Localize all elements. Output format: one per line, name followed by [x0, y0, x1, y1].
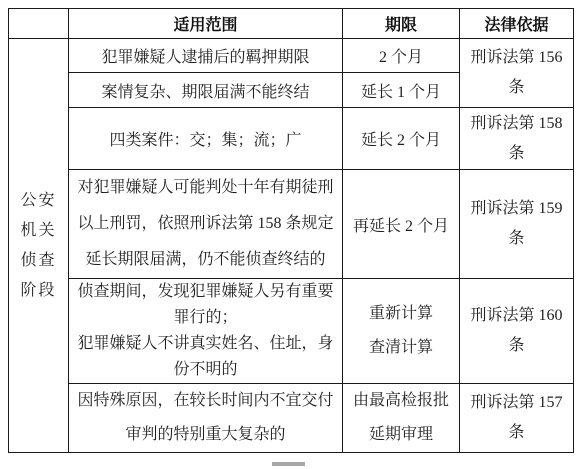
- text-line: 条: [460, 224, 573, 254]
- text-line: 条: [460, 331, 573, 361]
- stage-line: 侦查: [9, 246, 68, 276]
- text-line: 因特殊原因，在较长时间内不宜交付: [69, 384, 342, 418]
- header-scope: 适用范围: [69, 9, 343, 39]
- text-line: 重新计算: [343, 297, 459, 331]
- text-line: 犯罪嫌疑人不讲真实姓名、住址，身: [69, 331, 342, 357]
- text-line: 延长期限届满，仍不能侦查终结的: [69, 242, 342, 278]
- text-line: 审判的特别重大复杂的: [69, 418, 342, 452]
- text-line: 犯罪嫌疑人逮捕后的羁押期限: [69, 44, 342, 67]
- text-line: 刑诉法第 159: [460, 194, 573, 224]
- table-row: 对犯罪嫌疑人可能判处十年有期徒刑 以上刑罚，依照刑诉法第 158 条规定 延长期…: [9, 170, 574, 279]
- stage-line: 公安: [9, 186, 68, 216]
- stage-line: 机关: [9, 216, 68, 246]
- page: 适用范围 期限 法律依据 公安 机关 侦查 阶段 犯罪嫌疑人逮捕后的羁押期限: [0, 0, 582, 469]
- text-line: 四类案件：交；集；流；广: [69, 127, 342, 150]
- header-period-label: 期限: [343, 12, 459, 35]
- text-line: 刑诉法第 160: [460, 301, 573, 331]
- scope-cell: 犯罪嫌疑人逮捕后的羁押期限: [69, 39, 343, 73]
- table-row: 侦查期间，发现犯罪嫌疑人另有重要 罪行的； 犯罪嫌疑人不讲真实姓名、住址，身 份…: [9, 279, 574, 384]
- basis-cell: 刑诉法第 160 条: [460, 279, 574, 384]
- text-line: 刑诉法第 156: [460, 43, 573, 73]
- bottom-scroll-thumb: [272, 462, 305, 466]
- text-line: 条: [460, 73, 573, 103]
- table-row: 四类案件：交；集；流；广 延长 2 个月 刑诉法第 158 条: [9, 108, 574, 170]
- text-line: 刑诉法第 158: [460, 109, 573, 139]
- text-line: 刑诉法第 157: [460, 388, 573, 418]
- text-line: 罪行的；: [69, 305, 342, 331]
- scope-cell: 四类案件：交；集；流；广: [69, 108, 343, 170]
- header-scope-label: 适用范围: [69, 12, 342, 35]
- text-line: 对犯罪嫌疑人可能判处十年有期徒刑: [69, 170, 342, 206]
- text-line: 查清计算: [343, 331, 459, 365]
- text-line: 以上刑罚，依照刑诉法第 158 条规定: [69, 206, 342, 242]
- period-cell: 再延长 2 个月: [343, 170, 460, 279]
- basis-cell: 刑诉法第 159 条: [460, 170, 574, 279]
- text-line: 条: [460, 139, 573, 169]
- basis-cell: 刑诉法第 156 条: [460, 39, 574, 108]
- header-basis-label: 法律依据: [460, 12, 573, 35]
- table-row: 因特殊原因，在较长时间内不宜交付 审判的特别重大复杂的 由最高检报批 延期审理 …: [9, 384, 574, 453]
- table-row: 公安 机关 侦查 阶段 犯罪嫌疑人逮捕后的羁押期限 2 个月 刑诉法第 156 …: [9, 39, 574, 73]
- period-cell: 延长 1 个月: [343, 73, 460, 108]
- period-cell: 由最高检报批 延期审理: [343, 384, 460, 453]
- text-line: 2 个月: [343, 44, 459, 67]
- scope-cell: 因特殊原因，在较长时间内不宜交付 审判的特别重大复杂的: [69, 384, 343, 453]
- scope-cell: 侦查期间，发现犯罪嫌疑人另有重要 罪行的； 犯罪嫌疑人不讲真实姓名、住址，身 份…: [69, 279, 343, 384]
- table-header-row: 适用范围 期限 法律依据: [9, 9, 574, 39]
- header-basis: 法律依据: [460, 9, 574, 39]
- basis-cell: 刑诉法第 158 条: [460, 108, 574, 170]
- scope-cell: 案情复杂、期限届满不能终结: [69, 73, 343, 108]
- stage-line: 阶段: [9, 276, 68, 306]
- text-line: 侦查期间，发现犯罪嫌疑人另有重要: [69, 279, 342, 305]
- basis-cell: 刑诉法第 157 条: [460, 384, 574, 453]
- stage-cell: 公安 机关 侦查 阶段: [9, 39, 69, 453]
- detention-periods-table: 适用范围 期限 法律依据 公安 机关 侦查 阶段 犯罪嫌疑人逮捕后的羁押期限: [8, 8, 574, 453]
- text-line: 再延长 2 个月: [343, 213, 459, 236]
- period-cell: 2 个月: [343, 39, 460, 73]
- text-line: 由最高检报批: [343, 384, 459, 418]
- text-line: 案情复杂、期限届满不能终结: [69, 79, 342, 102]
- scope-cell: 对犯罪嫌疑人可能判处十年有期徒刑 以上刑罚，依照刑诉法第 158 条规定 延长期…: [69, 170, 343, 279]
- text-line: 条: [460, 418, 573, 448]
- header-stage: [9, 9, 69, 39]
- text-line: 延期审理: [343, 418, 459, 452]
- text-line: 延长 1 个月: [343, 79, 459, 102]
- header-period: 期限: [343, 9, 460, 39]
- text-line: 份不明的: [69, 357, 342, 383]
- period-cell: 延长 2 个月: [343, 108, 460, 170]
- text-line: 延长 2 个月: [343, 127, 459, 150]
- period-cell: 重新计算 查清计算: [343, 279, 460, 384]
